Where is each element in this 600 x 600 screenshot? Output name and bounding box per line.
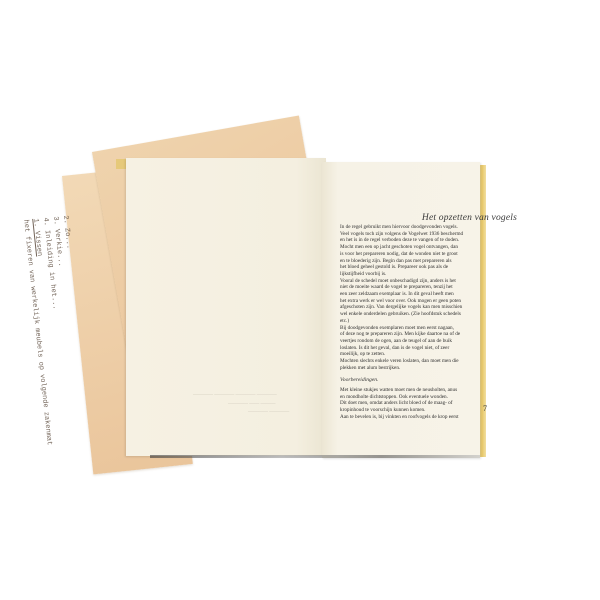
text-line: en het is in de regel verboden deze te v… <box>340 237 520 244</box>
text-line: is voor het prepareren nodig, dat de won… <box>340 251 520 258</box>
text-line: In de regel gebruikt men hiervoor doodge… <box>340 224 520 231</box>
text-line: Aan te bevelen is, bij vinkten en roofvo… <box>340 414 520 421</box>
text-line: veertjes rondom de ogen, aan de teugel o… <box>340 338 520 345</box>
show-through-text: ———— ———— <box>248 410 289 415</box>
text-line: loslaten. Is dit het geval, dan is de vo… <box>340 345 520 352</box>
text-line: kropinhoud te voorschijn kunnen komen. <box>340 407 520 414</box>
book-bottom-edge <box>150 455 480 458</box>
text-line: Vooral de schedel moet onbeschadigd zijn… <box>340 278 520 285</box>
text-line: Dit doet men, omdat anders licht bloed o… <box>340 400 520 407</box>
show-through-text: ———— —— ——— <box>228 402 276 407</box>
text-line: of deze nog te prepareren zijn. Men kijk… <box>340 331 520 338</box>
text-line: wel enkele onderdelen gebruiken. (Zie ho… <box>340 311 520 318</box>
text-line: etc.) <box>340 318 520 325</box>
text-line: het bloed geheel gestold is. Prepareer o… <box>340 264 520 271</box>
text-line: een zeer zeldzaam exemplaar is. In dit g… <box>340 291 520 298</box>
show-through-text: ———— ———— ———— ———— <box>193 393 277 398</box>
section-paragraph: Met kleine stukjes watten moet men de ne… <box>340 387 520 421</box>
page-number: 7 <box>483 404 487 413</box>
photo-scene: 2. Zo... 3. Verkie... 4. Inleiding in he… <box>0 0 600 600</box>
text-line: en te bloederig zijn. Begin dan pas met … <box>340 258 520 265</box>
left-page <box>126 158 326 456</box>
text-line: lijkstijfheid voorbij is. <box>340 271 520 278</box>
text-line: Met kleine stukjes watten moet men de ne… <box>340 387 520 394</box>
text-line: Mocht men een op jacht geschoten vogel o… <box>340 244 520 251</box>
text-line: moeilijk, op te zetten. <box>340 351 520 358</box>
running-head: Het opzetten van vogels <box>390 213 517 223</box>
section-subheading: Voorbereidingen. <box>340 377 378 383</box>
body-paragraphs: In de regel gebruikt men hiervoor doodge… <box>340 224 520 371</box>
text-line: plekken met alum bestrijken. <box>340 365 520 372</box>
text-line: Mochten slechts enkele veren loslaten, d… <box>340 358 520 365</box>
